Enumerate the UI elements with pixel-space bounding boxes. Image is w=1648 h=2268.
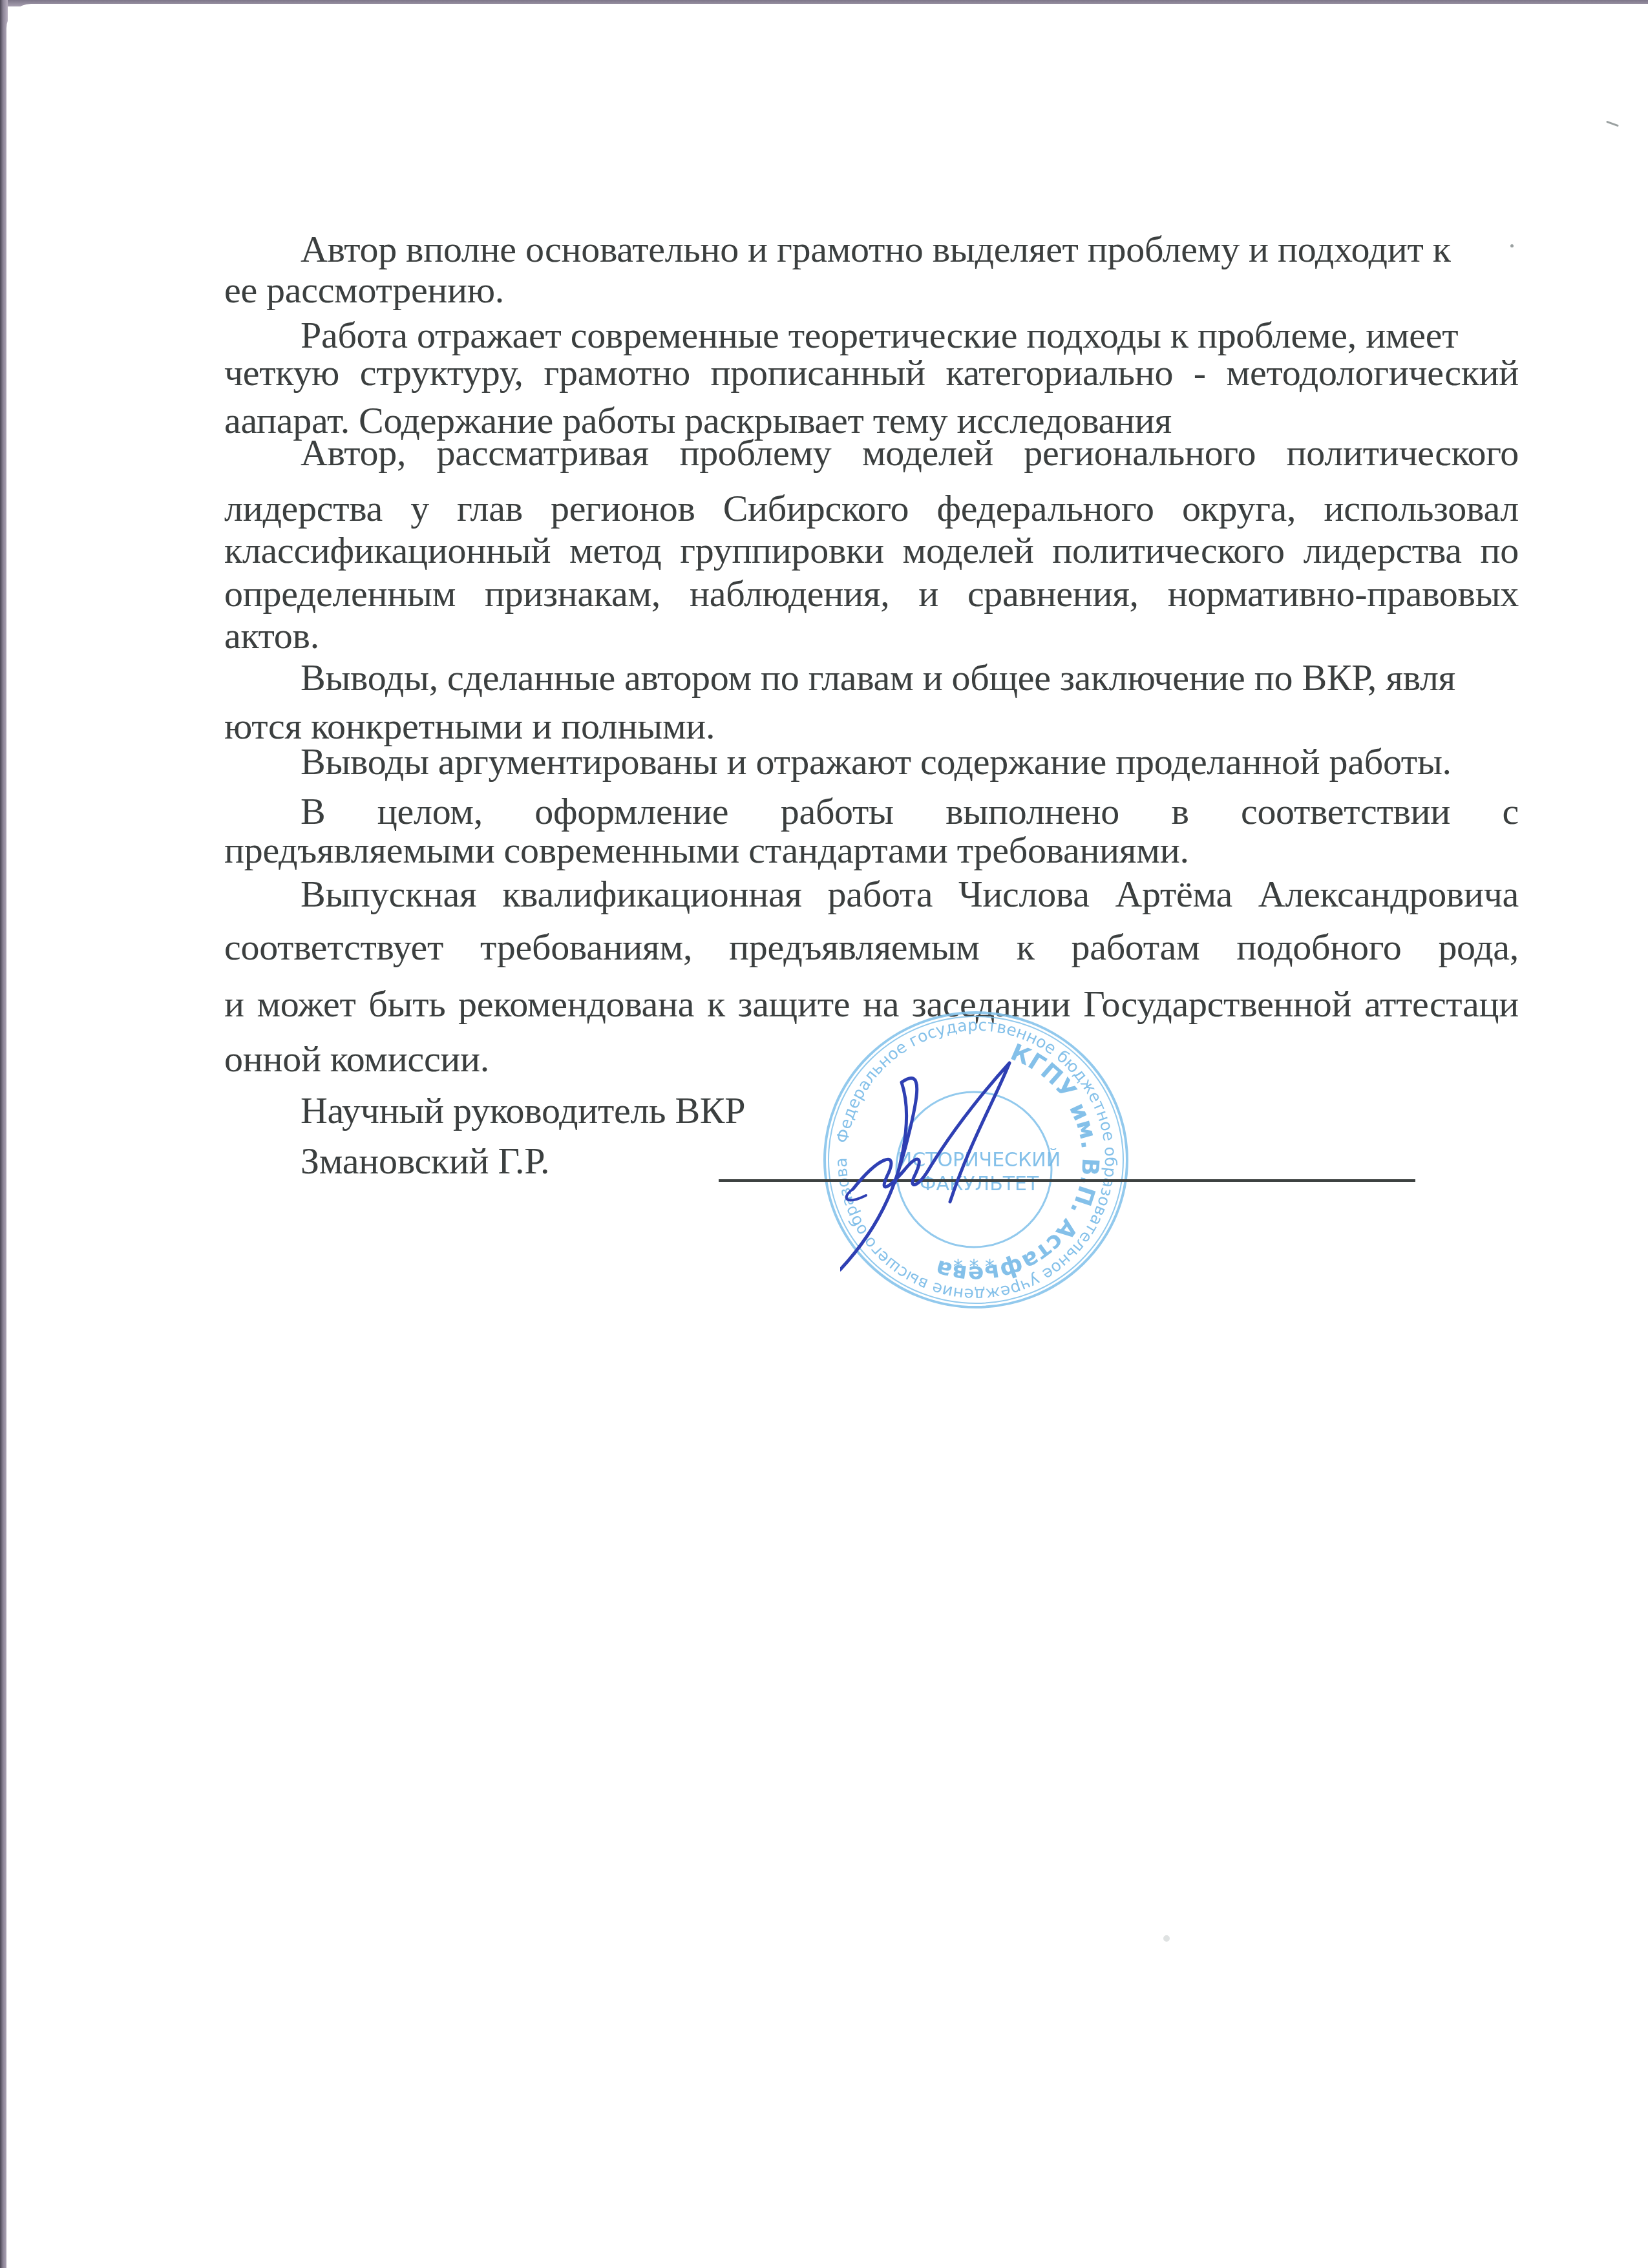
scan-speck <box>1163 1935 1170 1942</box>
paragraph-7-line-2: соответствует требованиям, предъявляемым… <box>224 929 1519 966</box>
signature-line <box>719 1179 1415 1182</box>
paragraph-3-line-3: классификационный метод группировки моде… <box>224 532 1519 569</box>
paragraph-2-line-1: Работа отражает современные теоретически… <box>301 317 1458 354</box>
paragraph-2-line-2: четкую структуру, грамотно прописанный к… <box>224 354 1519 392</box>
paragraph-3-line-1: Автор, рассматривая проблему моделей рег… <box>301 434 1519 472</box>
paragraph-3-line-4: определенным признакам, наблюдения, и ср… <box>224 575 1519 613</box>
supervisor-name: Змановский Г.Р. <box>301 1142 549 1180</box>
paragraph-6-line-1: В целом, оформление работы выполнено в с… <box>301 793 1519 830</box>
handwritten-signature <box>840 1060 1047 1279</box>
paragraph-6-line-2: предъявляемыми современными стандартами … <box>224 832 1189 869</box>
supervisor-role: Научный руководитель ВКР <box>301 1092 745 1129</box>
scan-speck <box>1510 244 1514 247</box>
paragraph-4-line-2: ются конкретными и полными. <box>224 708 715 745</box>
paragraph-7-line-4: онной комиссии. <box>224 1040 489 1078</box>
paragraph-3-line-2: лидерства у глав регионов Сибирского фед… <box>224 490 1519 527</box>
paragraph-5-line-1: Выводы аргументированы и отражают содерж… <box>301 743 1452 781</box>
paragraph-4-line-1: Выводы, сделанные автором по главам и об… <box>301 659 1455 697</box>
paragraph-1-line-1: Автор вполне основательно и грамотно выд… <box>301 231 1509 268</box>
paragraph-3-line-5: актов. <box>224 617 319 655</box>
paragraph-1-line-2: ее рассмотрению. <box>224 271 504 309</box>
paragraph-7-line-1: Выпускная квалификационная работа Числов… <box>301 876 1519 913</box>
